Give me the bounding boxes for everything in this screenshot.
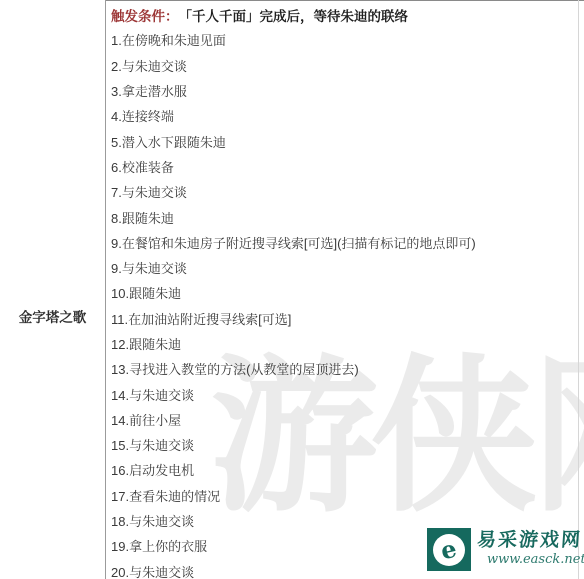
quest-step: 3.拿走潜水服	[111, 78, 577, 103]
quest-step: 9.与朱迪交谈	[111, 255, 577, 280]
trigger-condition-line: 触发条件：「千人千面」完成后，等待朱迪的联络	[111, 2, 577, 27]
quest-step: 14.前往小屋	[111, 407, 577, 432]
logo-circle: e	[433, 534, 465, 566]
logo-text-block: 易采游戏网 www.easck.net	[477, 528, 584, 568]
quest-step: 5.潜入水下跟随朱迪	[111, 128, 577, 153]
quest-step: 12.跟随朱迪	[111, 331, 577, 356]
quest-step: 11.在加油站附近搜寻线索[可选]	[111, 306, 577, 331]
quest-name-cell: 金字塔之歌	[0, 306, 105, 326]
easck-logo-icon: e	[427, 528, 471, 571]
quest-step: 13.寻找进入教堂的方法(从教堂的屋顶进去)	[111, 356, 577, 381]
site-logo: e 易采游戏网 www.easck.net	[427, 528, 584, 571]
quest-step: 16.启动发电机	[111, 457, 577, 482]
quest-step: 15.与朱迪交谈	[111, 432, 577, 457]
guide-table-page: 游侠网 金字塔之歌 触发条件：「千人千面」完成后，等待朱迪的联络 1.在傍晚和朱…	[0, 0, 584, 579]
logo-letter-e: e	[439, 536, 459, 563]
quest-step: 6.校准装备	[111, 154, 577, 179]
trigger-condition-label: 触发条件：	[111, 5, 179, 25]
quest-step: 9.在餐馆和朱迪房子附近搜寻线索[可选](扫描有标记的地点即可)	[111, 230, 577, 255]
quest-step: 8.跟随朱迪	[111, 204, 577, 229]
table-column-divider	[105, 0, 106, 579]
quest-step: 4.连接终端	[111, 103, 577, 128]
table-right-border	[578, 0, 579, 579]
table-top-border	[105, 0, 584, 1]
quest-step: 10.跟随朱迪	[111, 280, 577, 305]
quest-step: 17.查看朱迪的情况	[111, 483, 577, 508]
site-name: 易采游戏网	[476, 528, 584, 552]
quest-step: 7.与朱迪交谈	[111, 179, 577, 204]
quest-step: 14.与朱迪交谈	[111, 381, 577, 406]
quest-step-list: 1.在傍晚和朱迪见面2.与朱迪交谈3.拿走潜水服4.连接终端5.潜入水下跟随朱迪…	[111, 27, 577, 579]
quest-step: 2.与朱迪交谈	[111, 53, 577, 78]
site-url: www.easck.net	[477, 552, 584, 568]
quest-steps-cell: 触发条件：「千人千面」完成后，等待朱迪的联络 1.在傍晚和朱迪见面2.与朱迪交谈…	[111, 2, 577, 579]
trigger-condition-text: 「千人千面」完成后，等待朱迪的联络	[179, 5, 409, 25]
quest-step: 1.在傍晚和朱迪见面	[111, 27, 577, 52]
